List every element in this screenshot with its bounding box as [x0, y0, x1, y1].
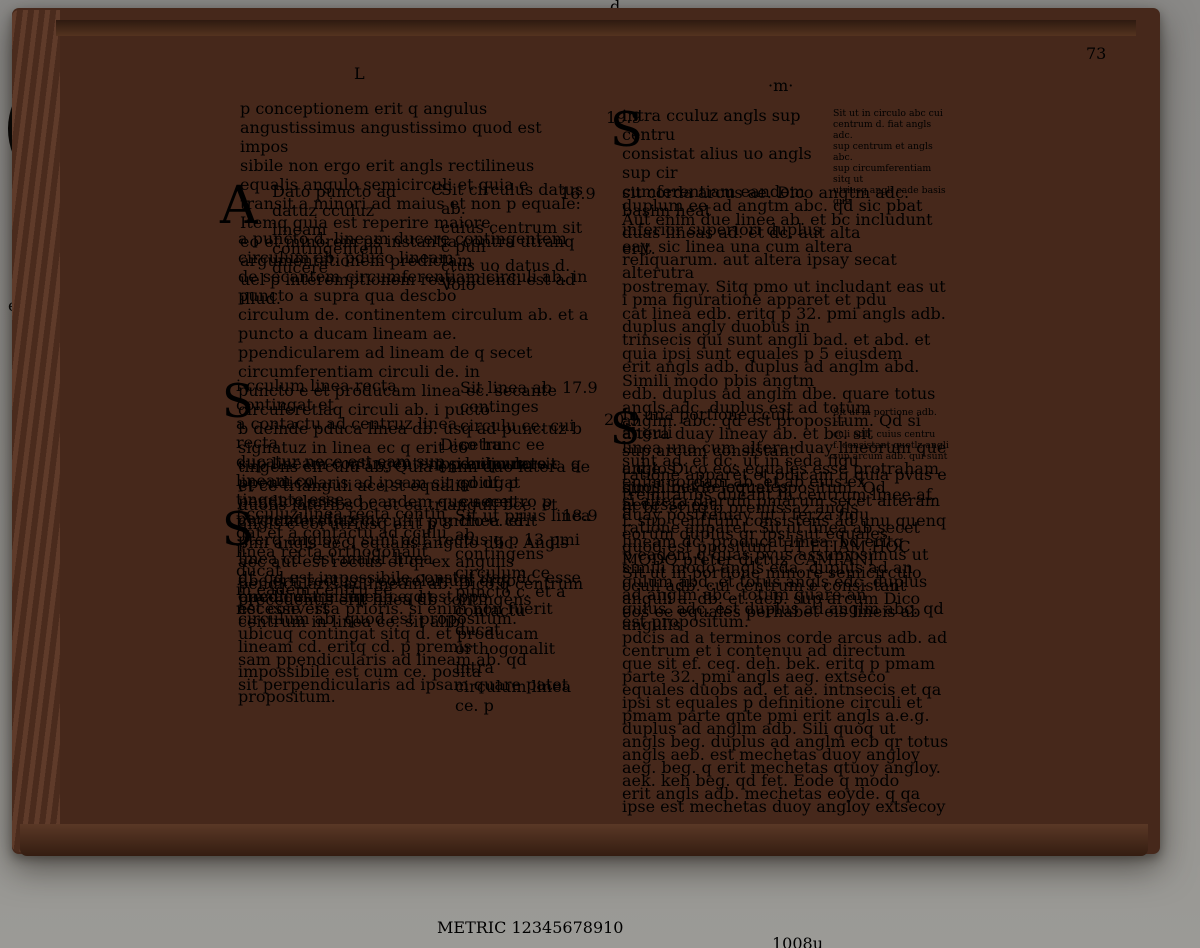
text-line: i cculuz linea recta contin — [236, 504, 458, 523]
text-line: erit angls adb. duplus ad anglm abd. Sim… — [622, 360, 952, 387]
text-line: a contactu ad centruz linea recta — [236, 414, 458, 452]
photograph-of-manuscript: d e a b c a c f b e d a c e d d .20. c e… — [0, 0, 1200, 948]
target-plexi-edge — [752, 866, 1104, 924]
text-line: circulum de. continentem circulum ab. et… — [238, 305, 594, 343]
text-line: eay. sic linea una cum altera reliquarum… — [622, 240, 952, 280]
text-line: gat et a contactu ad cculu — [236, 523, 458, 542]
running-mark-left: L — [354, 64, 365, 83]
ruler-number: 4 — [542, 918, 552, 937]
proposition-body: c.d.e. Dico eos equales esse protraham e… — [622, 462, 952, 813]
grayscale-bar — [445, 869, 755, 893]
text-line: sit perpendicularis ad ipsam quare patet… — [238, 679, 594, 704]
text-line: anguli a. db. et. acb. sup arcum Dico eo… — [622, 592, 952, 631]
text-line: Sit ut in portione adb. cir — [833, 407, 951, 429]
rubric-text: Sit ut in portione adb. circuli adb. cui… — [833, 407, 951, 462]
ruler-number: 1 — [511, 918, 521, 937]
text-line: sup centrum et angls abc. — [833, 141, 951, 163]
pencil-annotation: 1008u — [772, 934, 823, 948]
text-line: sup circumferentiam sitq ut — [833, 163, 951, 185]
text-line: sit corda arcus ae. Dico angtm adc. dupl… — [622, 186, 952, 213]
color-bar — [442, 893, 754, 918]
text-line: culi adb. cuius centru — [833, 429, 951, 440]
book-cover-top-edge — [56, 20, 1136, 36]
text-line: Aut enim due linee ab. et bc includunt d… — [622, 213, 952, 240]
ruler-number: 2 — [522, 918, 532, 937]
text-line: cat linea edb. eritq p 32. pmi angls adb… — [622, 307, 952, 334]
proposition-body: pendicularis ad lineam ab. Dico q centru… — [238, 578, 594, 704]
text-line: Sit ut in circulo abc cui — [833, 108, 951, 119]
ruler-number: 10 — [603, 918, 623, 937]
running-mark-right: ·m· — [768, 76, 793, 95]
text-line: sup lineam contingentem si enim no sit p… — [238, 454, 594, 492]
book-cover-left-edge — [12, 10, 60, 852]
text-line: In una portione cculi. anguli — [622, 406, 834, 442]
margin-number: 17.9 — [562, 378, 598, 397]
text-line: erit angls adb. mechetas eoyde. q qa ips… — [622, 787, 952, 813]
margin-number: 16.9 — [560, 184, 596, 203]
text-line: centrum d. fiat angls adc. — [833, 119, 951, 141]
text-line: trinsecis qui sunt angli bad. et abd. et… — [622, 333, 952, 360]
text-line: postremay. Sitq pmo ut includant eas ut … — [622, 280, 952, 307]
illuminated-initial: A — [220, 176, 258, 236]
text-line: de secantem circumferentiam circuli ab. … — [238, 267, 594, 305]
text-line: i cculum linea recta contingat et — [236, 376, 458, 414]
text-line: Dato puncto ad datuz cculuz — [272, 182, 438, 220]
ruler-number: 7 — [573, 918, 583, 937]
ruler-label: METRIC — [437, 918, 506, 937]
text-line: p conceptionem erit q angulus angustissi… — [240, 99, 594, 156]
ruler-number: 6 — [562, 918, 572, 937]
text-line: intra cculuz angls sup centru — [622, 106, 830, 144]
ruler-number: 3 — [532, 918, 542, 937]
text-line: consistat alius uo angls sup cir — [622, 144, 830, 182]
ruler-number: 9 — [593, 918, 603, 937]
ruler-number: 8 — [583, 918, 593, 937]
ruler-number: 5 — [552, 918, 562, 937]
metric-ruler: METRIC 12345678910 — [437, 918, 757, 944]
text-line: f. consistant quotlz angli — [833, 440, 951, 451]
text-line: a puncto d. lineam ducere contingentem c… — [238, 229, 594, 267]
folio-number: 73 — [1086, 44, 1106, 63]
book-cover-bottom-edge — [20, 824, 1148, 856]
margin-number: 18.9 — [562, 506, 598, 525]
